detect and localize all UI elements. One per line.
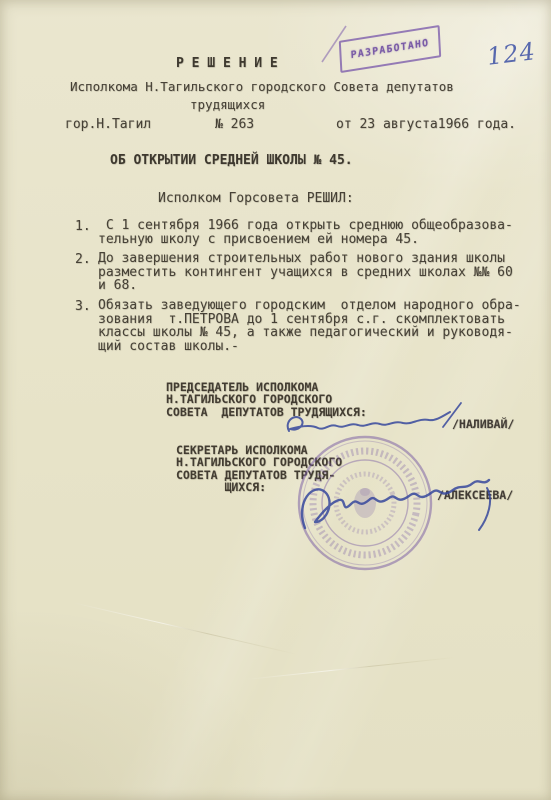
- item-number: 3.: [75, 299, 98, 353]
- doc-city: гор.Н.Тагил: [65, 117, 151, 132]
- handwritten-signatures: [255, 398, 551, 568]
- resolution-items: 1. С 1 сентября 1966 года открыть средню…: [75, 219, 521, 359]
- item-text-line: С 1 сентября 1966 года открыть среднюю о…: [98, 219, 513, 233]
- resolution-item-1: 1. С 1 сентября 1966 года открыть средню…: [75, 219, 521, 246]
- doc-subject: ОБ ОТКРЫТИИ СРЕДНЕЙ ШКОЛЫ № 45.: [110, 153, 353, 168]
- item-text-line: разместить контингент учащихся в средних…: [98, 266, 513, 280]
- doc-date: от 23 августа1966 года.: [336, 117, 516, 132]
- resolution-item-3: 3. Обязать заведующего городским отделом…: [75, 299, 521, 353]
- item-text-line: и 68.: [98, 279, 513, 293]
- item-text-line: До завершения строительных работ нового …: [98, 252, 513, 266]
- item-number: 1.: [75, 219, 98, 246]
- paper-crease: [246, 657, 455, 680]
- document-scan: { "page": { "archive_number": "124" }, "…: [0, 0, 551, 800]
- secretary-signature-slash: [479, 488, 490, 530]
- org-name-line2: трудящихся: [190, 97, 265, 112]
- item-number: 2.: [75, 252, 98, 293]
- handwritten-page-number: 124: [485, 37, 537, 71]
- approval-stamp: РАЗРАБОТАНО: [339, 25, 441, 73]
- approval-stamp-text: РАЗРАБОТАНО: [350, 37, 429, 60]
- item-text-line: щий состав школы.-: [98, 340, 521, 354]
- org-name-line1: Исполкома Н.Тагильского городского Совет…: [70, 79, 454, 94]
- doc-number: № 263: [215, 117, 254, 132]
- doc-title: Р Е Ш Е Н И Е: [176, 56, 278, 71]
- chairman-signature: [288, 412, 450, 431]
- paper-crease: [73, 602, 297, 655]
- item-text-line: тельную школу с присвоением ей номера 45…: [98, 233, 513, 247]
- resolution-item-2: 2. До завершения строительных работ ново…: [75, 252, 521, 293]
- secretary-signature: [302, 480, 489, 528]
- item-text-line: Обязать заведующего городским отделом на…: [98, 299, 521, 313]
- item-text-line: классы школы № 45, а также педагогически…: [98, 326, 521, 340]
- pen-stroke-mark: [320, 24, 350, 64]
- resolution-heading: Исполком Горсовета РЕШИЛ:: [158, 191, 354, 206]
